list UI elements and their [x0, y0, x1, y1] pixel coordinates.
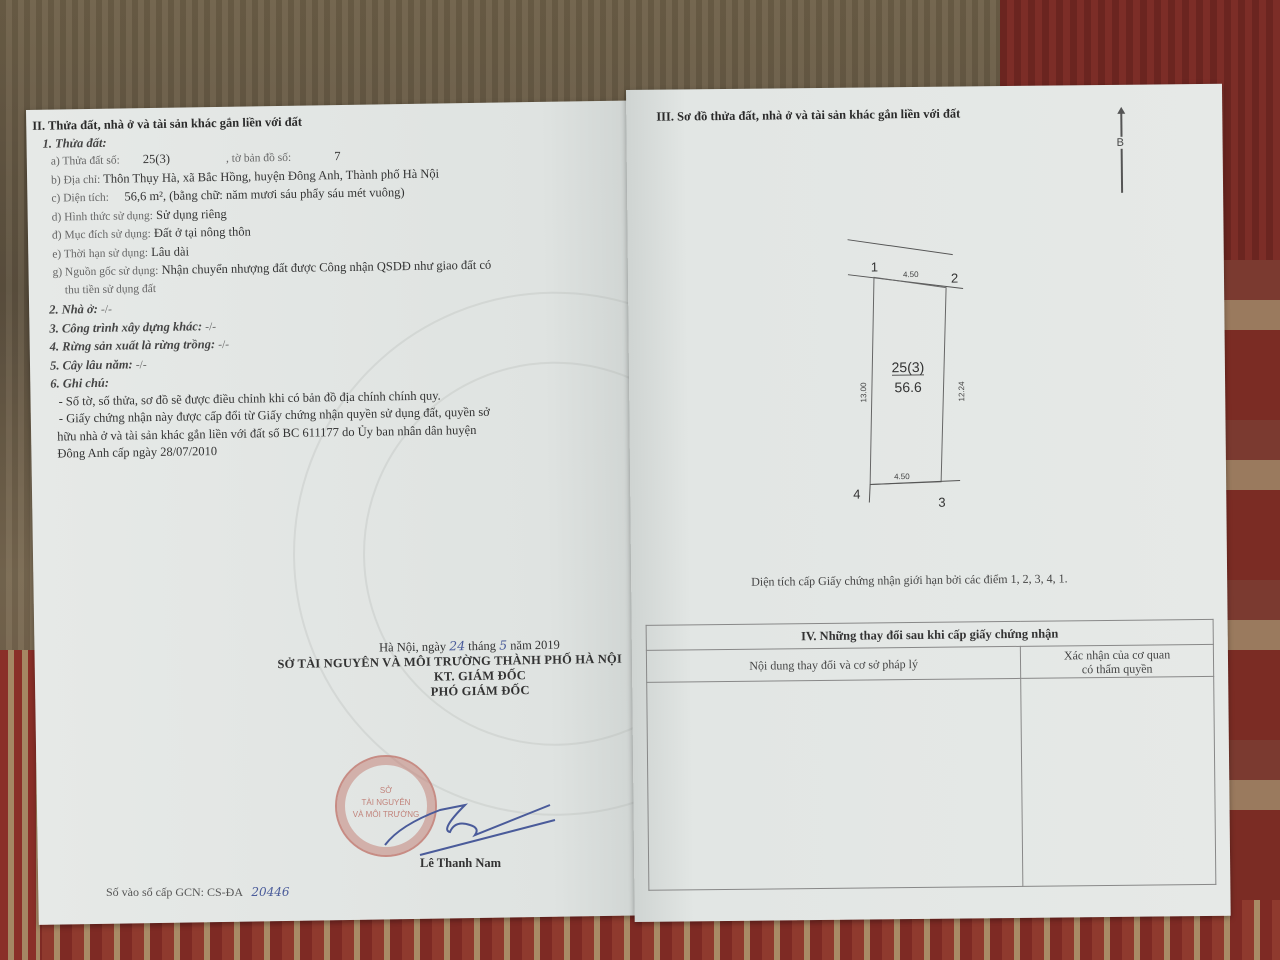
house-value: -/- — [101, 304, 112, 316]
authority-cell — [1021, 676, 1216, 886]
background-rug-left — [0, 650, 40, 960]
purpose-label: đ) Mục đích sử dụng: — [52, 228, 151, 242]
parcel-area-label: 56.6 — [894, 379, 922, 395]
other-works-value: -/- — [205, 321, 216, 333]
use-form-label: d) Hình thức sử dụng: — [52, 210, 153, 224]
point-4-label: 4 — [853, 487, 860, 502]
col-authority-line-2: có thẩm quyền — [1022, 660, 1212, 676]
perennial-label: 5. Cây lâu năm: — [50, 357, 133, 372]
address-label: b) Địa chỉ: — [51, 173, 100, 186]
north-label: B — [1115, 137, 1126, 149]
col-change-content: Nội dung thay đổi và cơ sở pháp lý — [646, 646, 1021, 682]
origin-label: g) Nguồn gốc sử dụng: — [52, 265, 158, 279]
map-sheet-number: 7 — [294, 149, 340, 164]
certificate-right-page: III. Sơ đồ thửa đất, nhà ở và tài sản kh… — [626, 84, 1231, 922]
parcel-number-label: 25(3) — [891, 359, 924, 375]
map-sheet-label: , tờ bản đồ số: — [226, 152, 291, 165]
perennial-value: -/- — [136, 359, 147, 371]
signature-block: Hà Nội, ngày 24 tháng 5 năm 2019 SỞ TÀI … — [254, 635, 645, 702]
issue-month: 5 — [499, 638, 507, 653]
date-prefix: Hà Nội, ngày — [379, 639, 446, 654]
registry-number: 20446 — [245, 885, 289, 899]
issue-year: năm 2019 — [510, 638, 560, 653]
edge-left-length: 13.00 — [859, 382, 868, 403]
edge-bottom-length: 4.50 — [894, 472, 910, 481]
term-value: Lâu dài — [151, 244, 189, 259]
change-content-cell — [647, 678, 1023, 890]
changes-table: IV. Những thay đổi sau khi cấp giấy chứn… — [646, 619, 1217, 891]
parcel-number: 25(3) — [123, 150, 223, 169]
edge-top-length: 4.50 — [903, 270, 919, 279]
forest-label: 4. Rừng sản xuất là rừng trồng: — [50, 337, 216, 354]
area-value: 56,6 m², (bằng chữ: năm mươi sáu phẩy sá… — [124, 185, 404, 203]
other-works-label: 3. Công trình xây dựng khác: — [49, 319, 202, 335]
purpose-value: Đất ở tại nông thôn — [154, 224, 251, 240]
forest-value: -/- — [218, 339, 229, 351]
col-authority-confirmation: Xác nhận của cơ quan có thẩm quyền — [1021, 644, 1214, 678]
signer-name: Lê Thanh Nam — [420, 856, 501, 871]
registry-label: Số vào sổ cấp GCN: CS-ĐA — [106, 885, 242, 899]
edge-right-length: 12.24 — [957, 381, 966, 402]
section-iii-title: III. Sơ đồ thửa đất, nhà ở và tài sản kh… — [656, 107, 960, 125]
area-boundary-note: Diện tích cấp Giấy chứng nhận giới hạn b… — [751, 571, 1068, 589]
section-ii: II. Thửa đất, nhà ở và tài sản khác gắn … — [32, 111, 494, 464]
parcel-number-label: a) Thửa đất số: — [51, 155, 120, 168]
area-label: c) Diện tích: — [51, 190, 121, 209]
use-form-value: Sử dụng riêng — [156, 206, 227, 221]
house-label: 2. Nhà ở: — [49, 302, 98, 317]
point-3-label: 3 — [938, 495, 945, 510]
term-label: e) Thời hạn sử dụng: — [52, 247, 148, 261]
origin-value: Nhận chuyển nhượng đất được Công nhận QS… — [161, 258, 491, 277]
registry-number-row: Số vào sổ cấp GCN: CS-ĐA 20446 — [106, 885, 290, 900]
parcel-sketch: 1 2 3 4 4.50 4.50 13.00 12.24 25(3) 56.6 — [832, 226, 995, 518]
signature-icon — [380, 780, 560, 860]
issue-day: 24 — [449, 638, 465, 653]
point-1-label: 1 — [871, 259, 878, 274]
point-2-label: 2 — [951, 271, 958, 286]
north-arrow-icon — [1120, 113, 1123, 193]
month-label: tháng — [468, 639, 496, 653]
